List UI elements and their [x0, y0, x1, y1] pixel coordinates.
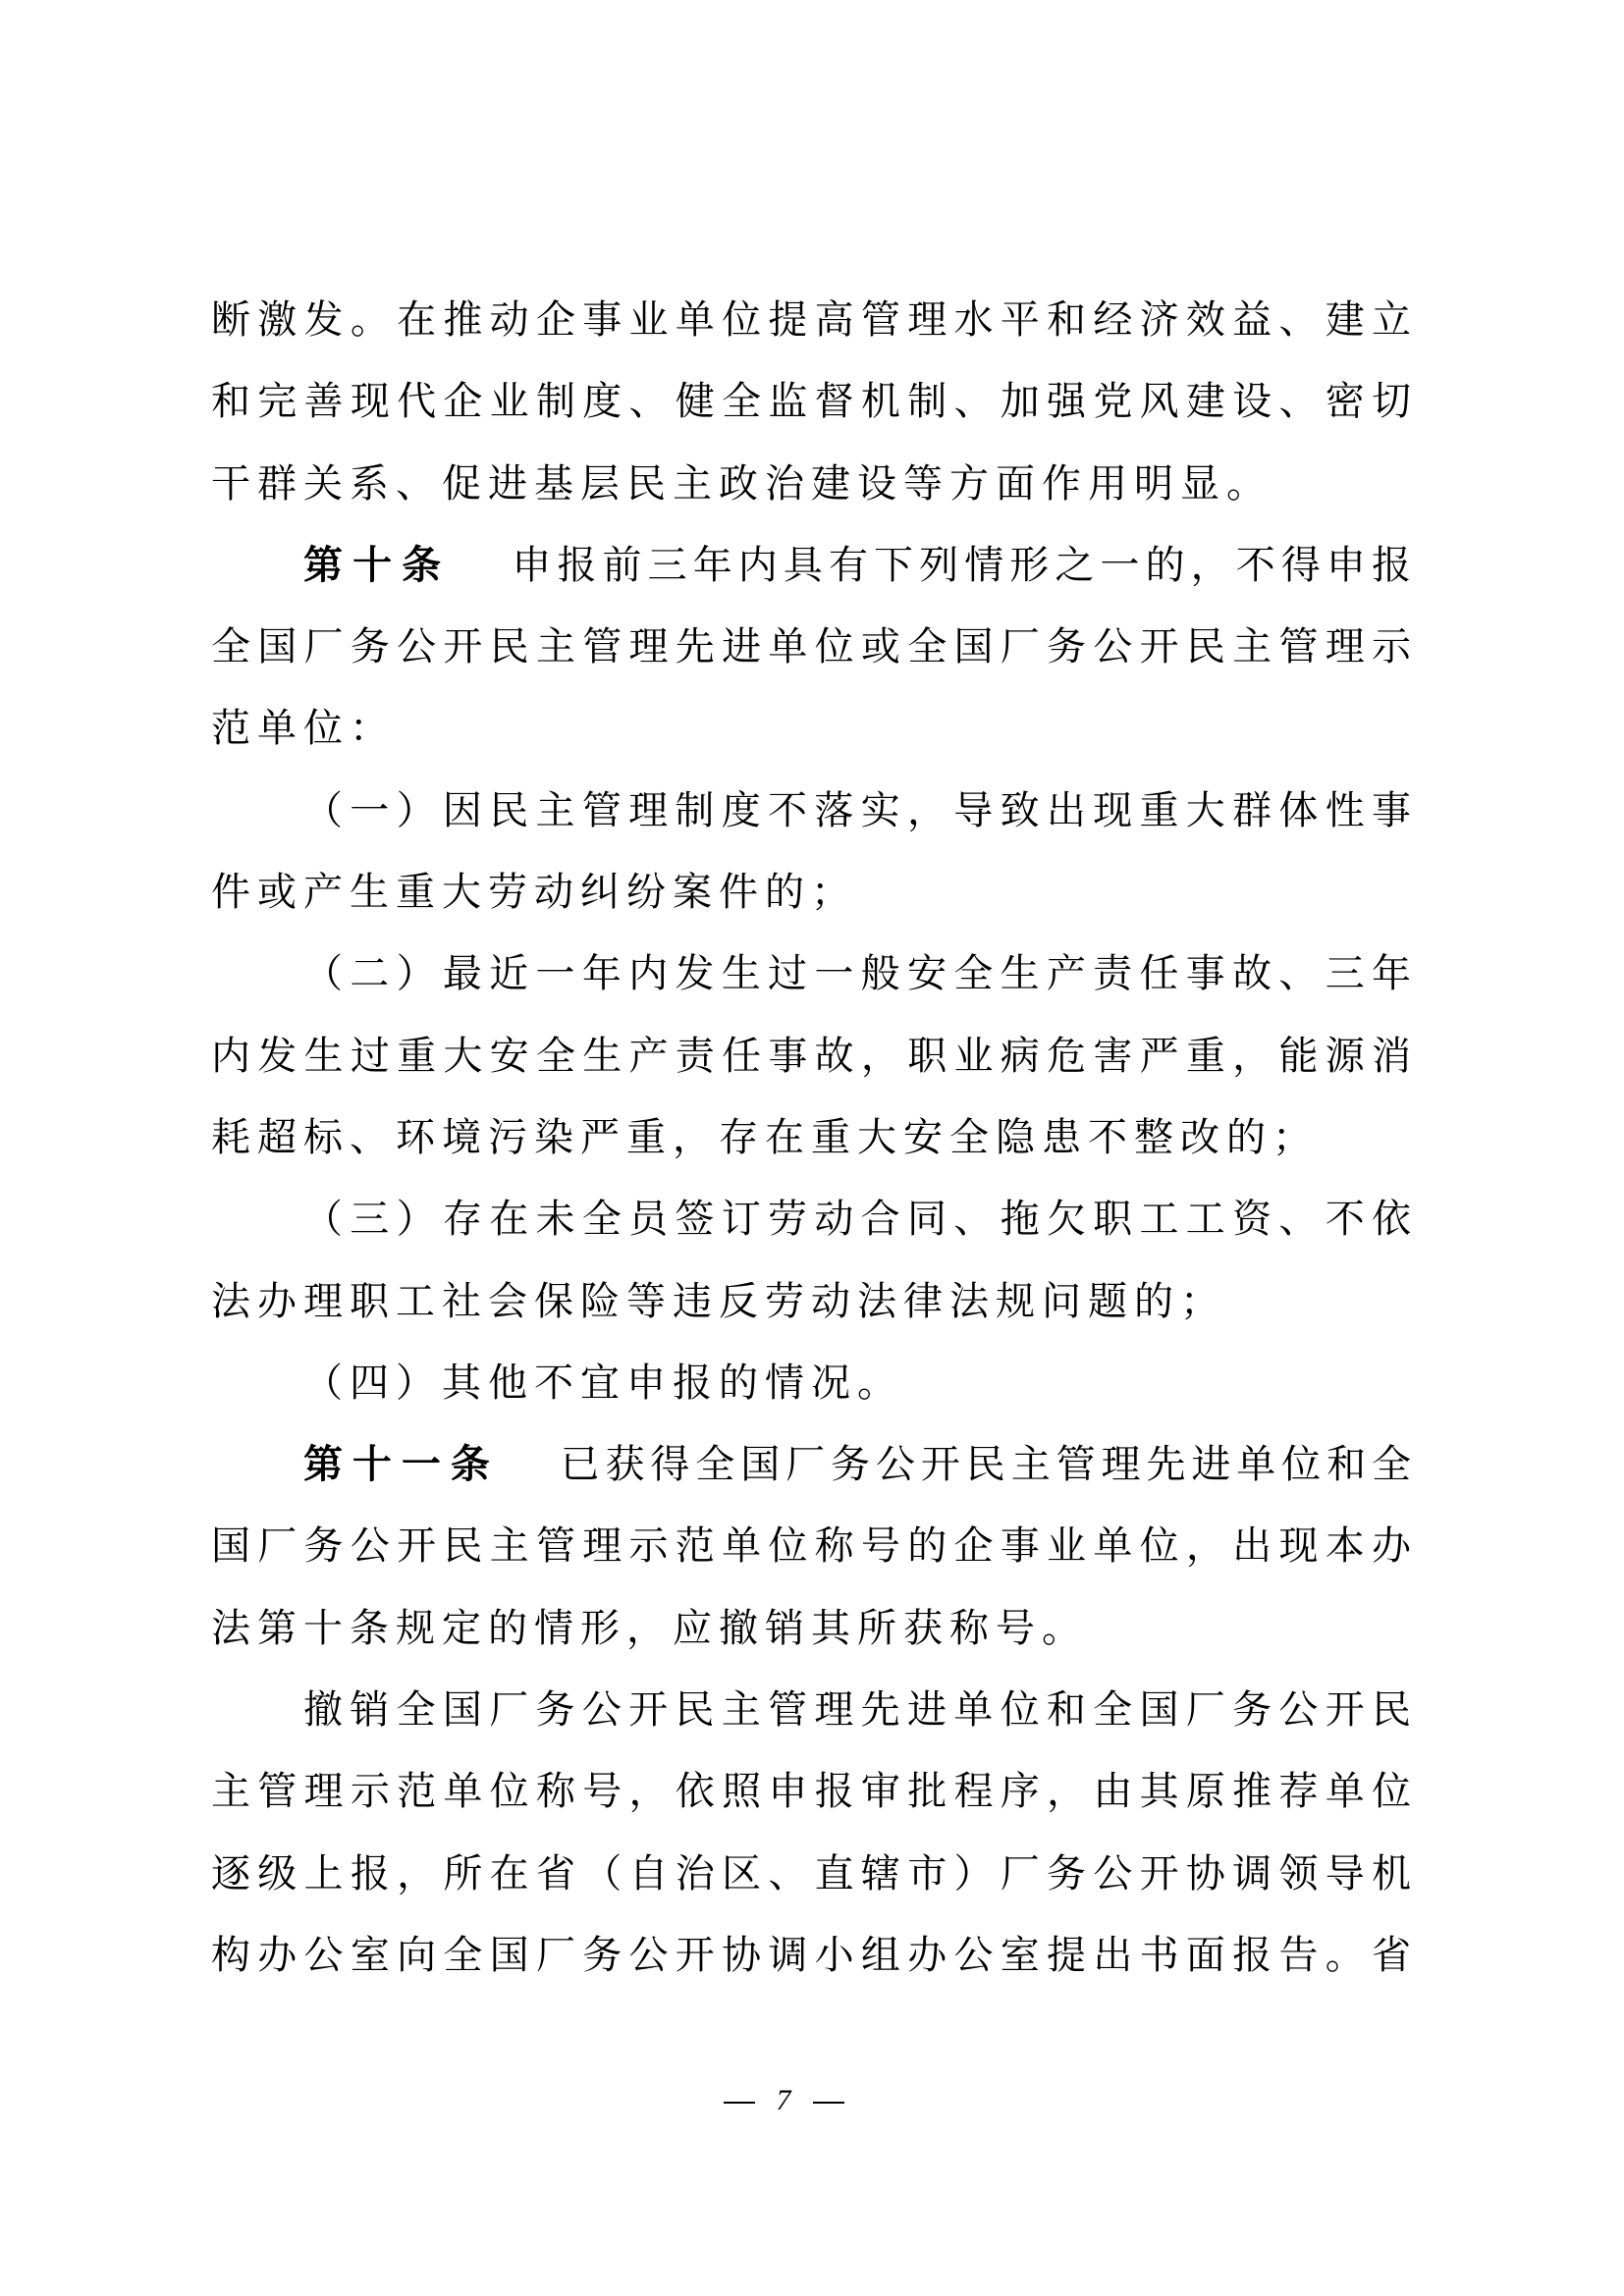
clause-1-line: （一）因民主管理制度不落实，导致出现重大群体性事	[211, 771, 1411, 852]
paragraph-line: 构办公室向全国厂务公开协调小组办公室提出书面报告。省	[211, 1915, 1411, 1997]
paragraph-line: 断激发。在推动企事业单位提高管理水平和经济效益、建立	[211, 280, 1411, 361]
article-10-text: 申报前三年内具有下列情形之一的，不得申报	[506, 543, 1411, 588]
paragraph-line: 主管理示范单位称号，依照申报审批程序，由其原推荐单位	[211, 1751, 1411, 1833]
dash-right	[813, 2102, 844, 2104]
article-10-line: 第十条申报前三年内具有下列情形之一的，不得申报	[211, 525, 1411, 607]
paragraph-line: 内发生过重大安全生产责任事故，职业病危害严重，能源消	[211, 1016, 1411, 1097]
body-text: 断激发。在推动企事业单位提高管理水平和经济效益、建立 和完善现代企业制度、健全监…	[211, 280, 1411, 1997]
paragraph-line: 逐级上报，所在省（自治区、直辖市）厂务公开协调领导机	[211, 1834, 1411, 1915]
paragraph-line: 全国厂务公开民主管理先进单位或全国厂务公开民主管理示	[211, 607, 1411, 688]
page-number: 7	[0, 2081, 1624, 2120]
dash-left	[724, 2102, 755, 2104]
paragraph-line: 件或产生重大劳动纠纷案件的；	[211, 852, 1411, 934]
paragraph-line: 范单位：	[211, 688, 1411, 770]
paragraph-line: 国厂务公开民主管理示范单位称号的企事业单位，出现本办	[211, 1506, 1411, 1587]
article-10-heading: 第十条	[303, 543, 451, 588]
document-page: 断激发。在推动企事业单位提高管理水平和经济效益、建立 和完善现代企业制度、健全监…	[0, 0, 1624, 2296]
article-11-text: 已获得全国厂务公开民主管理先进单位和全	[555, 1442, 1411, 1487]
paragraph-line: 耗超标、环境污染严重，存在重大安全隐患不整改的；	[211, 1097, 1411, 1179]
paragraph-line: 法第十条规定的情形，应撤销其所获称号。	[211, 1588, 1411, 1670]
article-11-heading: 第十一条	[303, 1442, 500, 1487]
article-11-line: 第十一条已获得全国厂务公开民主管理先进单位和全	[211, 1424, 1411, 1506]
paragraph-line: 干群关系、促进基层民主政治建设等方面作用明显。	[211, 444, 1411, 525]
paragraph-line: 法办理职工社会保险等违反劳动法律法规问题的；	[211, 1261, 1411, 1343]
clause-4-line: （四）其他不宜申报的情况。	[211, 1343, 1411, 1424]
clause-3-line: （三）存在未全员签订劳动合同、拖欠职工工资、不依	[211, 1179, 1411, 1260]
clause-2-line: （二）最近一年内发生过一般安全生产责任事故、三年	[211, 934, 1411, 1015]
page-number-value: 7	[777, 2081, 791, 2120]
paragraph-line: 和完善现代企业制度、健全监督机制、加强党风建设、密切	[211, 361, 1411, 443]
revocation-paragraph-line: 撤销全国厂务公开民主管理先进单位和全国厂务公开民	[211, 1670, 1411, 1751]
